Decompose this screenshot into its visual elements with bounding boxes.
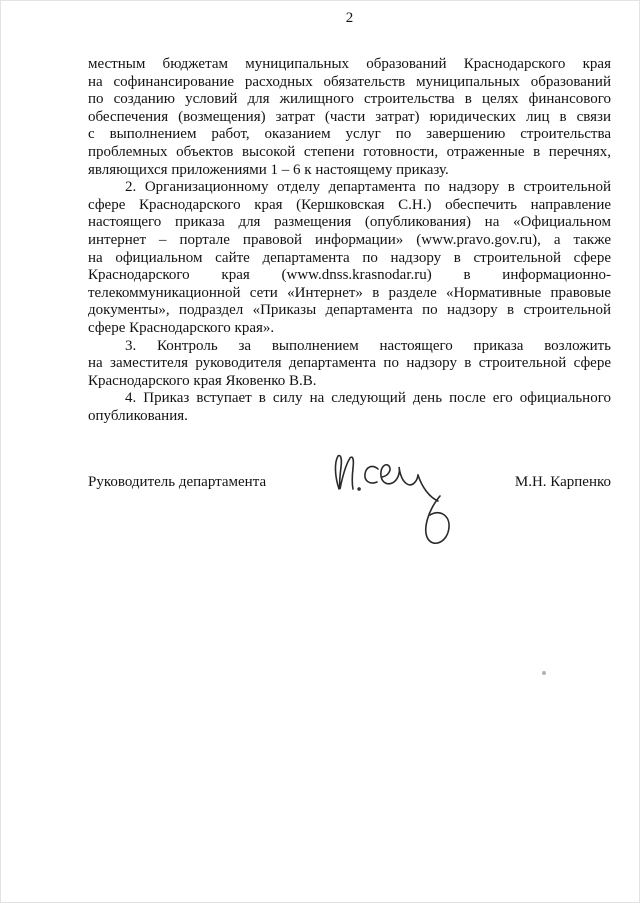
text-line: проблемных объектов высокой степени гото…	[88, 144, 611, 162]
text-line: Краснодарского края Яковенко В.В.	[88, 373, 611, 391]
text-line: 3. Контроль за выполнением настоящего пр…	[88, 338, 611, 356]
text-line: являющихся приложениями 1 – 6 к настояще…	[88, 162, 611, 180]
text-line: на софинансирование расходных обязательс…	[88, 74, 611, 92]
text-line: на заместителя руководителя департамента…	[88, 355, 611, 373]
text-line: телекоммуникационной сети «Интернет» в р…	[88, 285, 611, 303]
paragraph: 4. Приказ вступает в силу на следующий д…	[88, 390, 611, 425]
page-number: 2	[88, 10, 611, 27]
text-line: местным бюджетам муниципальных образован…	[88, 56, 611, 74]
document-page: 2 местным бюджетам муниципальных образов…	[0, 0, 640, 903]
paragraph: 3. Контроль за выполнением настоящего пр…	[88, 338, 611, 391]
handwritten-signature-icon	[326, 449, 471, 554]
text-line: на официальном сайте департамента по над…	[88, 250, 611, 268]
document-body: местным бюджетам муниципальных образован…	[88, 56, 611, 425]
text-line: документы», подраздел «Приказы департаме…	[88, 302, 611, 320]
text-line: сфере Краснодарского края».	[88, 320, 611, 338]
signatory-name: М.Н. Карпенко	[515, 473, 611, 491]
text-line: сфере Краснодарского края (Кершковская С…	[88, 197, 611, 215]
text-line: по созданию условий для жилищного строит…	[88, 91, 611, 109]
text-line: обеспечения (возмещения) затрат (части з…	[88, 109, 611, 127]
signatory-title: Руководитель департамента	[88, 473, 266, 491]
text-line: с выполнением работ, оказанием услуг по …	[88, 126, 611, 144]
text-line: опубликования.	[88, 408, 611, 426]
paragraph: 2. Организационному отделу департамента …	[88, 179, 611, 337]
scan-artifact-dot	[542, 671, 546, 675]
text-line: 4. Приказ вступает в силу на следующий д…	[88, 390, 611, 408]
text-line: настоящего приказа для размещения (опубл…	[88, 214, 611, 232]
text-line: интернет – портале правовой информации» …	[88, 232, 611, 250]
text-line: Краснодарского края (www.dnss.krasnodar.…	[88, 267, 611, 285]
text-line: 2. Организационному отделу департамента …	[88, 179, 611, 197]
paragraph: местным бюджетам муниципальных образован…	[88, 56, 611, 179]
